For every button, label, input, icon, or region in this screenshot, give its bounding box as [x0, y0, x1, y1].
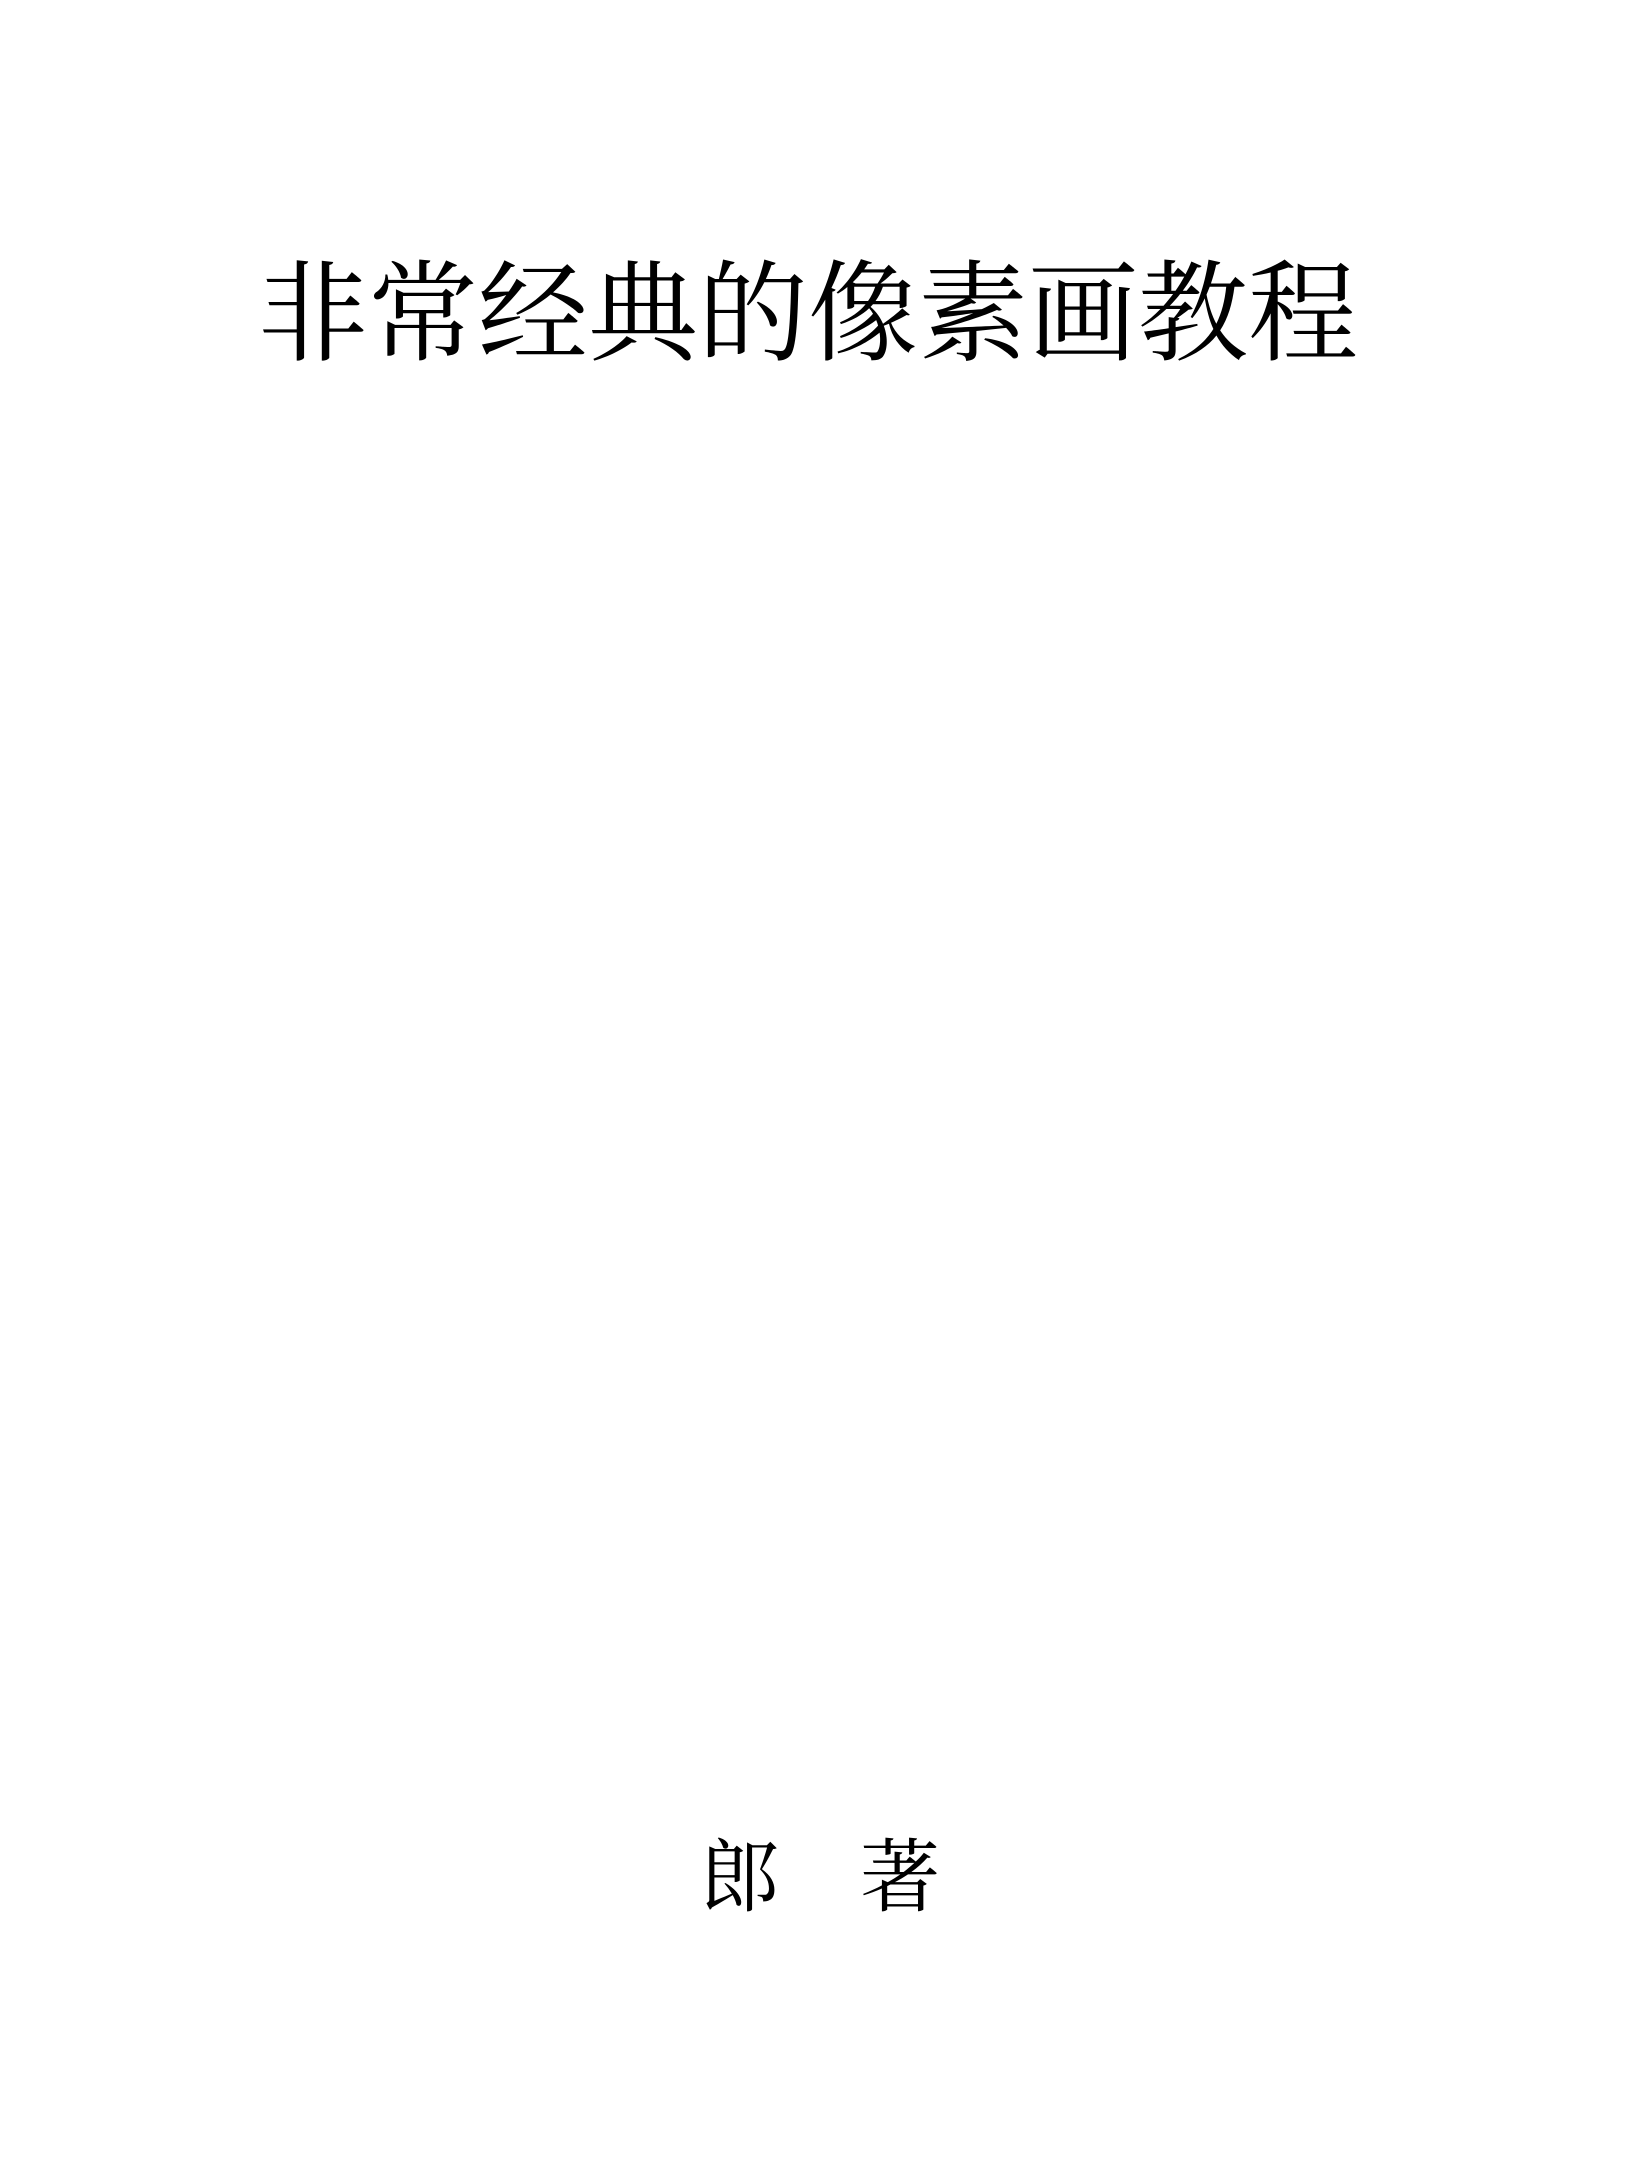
cover-title: 非常经典的像素画教程: [258, 232, 1358, 397]
author-line: 郎 著: [700, 1818, 940, 1938]
document-page: 非常经典的像素画教程 郎 著: [0, 0, 1650, 2164]
